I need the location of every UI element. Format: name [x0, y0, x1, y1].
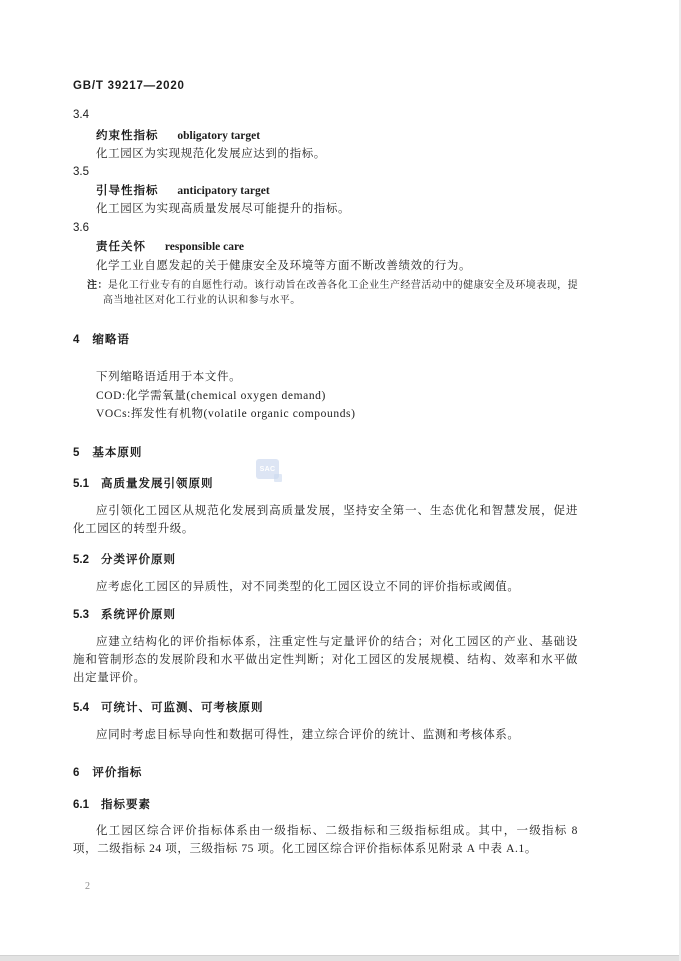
- subsection-heading-5-1: 5.1高质量发展引领原则: [73, 475, 578, 493]
- term-number-3-4: 3.4: [73, 106, 578, 124]
- section-title-5: 基本原则: [92, 447, 142, 459]
- paragraph-6-1: 化工园区综合评价指标体系由一级指标、二级指标和三级指标组成。其中，一级指标 8 …: [73, 822, 578, 858]
- subsection-number-5-3: 5.3: [73, 609, 89, 621]
- term-definition-3-4: 化工园区为实现规范化发展应达到的指标。: [73, 145, 578, 163]
- abbreviation-item-cod: COD:化学需氧量(chemical oxygen demand): [73, 387, 578, 405]
- section-heading-6: 6评价指标: [73, 764, 578, 782]
- section-heading-4: 4缩略语: [73, 331, 578, 349]
- subsection-number-5-2: 5.2: [73, 554, 89, 566]
- term-number-3-6: 3.6: [73, 219, 578, 237]
- subsection-number-5-4: 5.4: [73, 702, 89, 714]
- subsection-number-6-1: 6.1: [73, 799, 89, 811]
- subsection-heading-5-3: 5.3系统评价原则: [73, 606, 578, 624]
- term-en-3-5: anticipatory target: [177, 185, 269, 197]
- subsection-title-5-3: 系统评价原则: [101, 609, 176, 621]
- subsection-title-6-1: 指标要素: [101, 799, 151, 811]
- section-number-5: 5: [73, 447, 79, 459]
- paragraph-5-3: 应建立结构化的评价指标体系，注重定性与定量评价的结合；对化工园区的产业、基础设施…: [73, 633, 578, 687]
- term-number-3-5: 3.5: [73, 163, 578, 181]
- term-definition-3-5: 化工园区为实现高质量发展尽可能提升的指标。: [73, 200, 578, 218]
- term-zh-3-5: 引导性指标: [96, 185, 159, 197]
- paragraph-5-2: 应考虑化工园区的异质性，对不同类型的化工园区设立不同的评价指标或阈值。: [73, 578, 578, 596]
- term-zh-3-4: 约束性指标: [96, 130, 159, 142]
- term-line-3-5: 引导性指标 anticipatory target: [73, 182, 578, 200]
- subsection-number-5-1: 5.1: [73, 478, 89, 490]
- term-zh-3-6: 责任关怀: [96, 241, 146, 253]
- section-number-6: 6: [73, 767, 79, 779]
- term-en-3-6: responsible care: [165, 241, 244, 253]
- subsection-title-5-2: 分类评价原则: [101, 554, 176, 566]
- page-content: GB/T 39217—2020 3.4 约束性指标 obligatory tar…: [73, 78, 578, 858]
- subsection-heading-6-1: 6.1指标要素: [73, 796, 578, 814]
- paragraph-5-4: 应同时考虑目标导向性和数据可得性，建立综合评价的统计、监测和考核体系。: [73, 726, 578, 744]
- subsection-heading-5-2: 5.2分类评价原则: [73, 551, 578, 569]
- document-header: GB/T 39217—2020: [73, 78, 578, 94]
- abbreviation-item-vocs: VOCs:挥发性有机物(volatile organic compounds): [73, 405, 578, 423]
- subsection-title-5-1: 高质量发展引领原则: [101, 478, 214, 490]
- term-line-3-6: 责任关怀 responsible care: [73, 238, 578, 256]
- section-heading-5: 5基本原则: [73, 444, 578, 462]
- term-line-3-4: 约束性指标 obligatory target: [73, 127, 578, 145]
- term-en-3-4: obligatory target: [177, 130, 260, 142]
- note-label: 注：: [87, 280, 108, 291]
- paragraph-5-1: 应引领化工园区从规范化发展到高质量发展，坚持安全第一、生态优化和智慧发展，促进化…: [73, 502, 578, 538]
- section-title-4: 缩略语: [92, 334, 130, 346]
- document-page: GB/T 39217—2020 3.4 约束性指标 obligatory tar…: [0, 0, 681, 961]
- abbreviations-intro: 下列缩略语适用于本文件。: [73, 368, 578, 386]
- subsection-heading-5-4: 5.4可统计、可监测、可考核原则: [73, 699, 578, 717]
- note-text: 是化工行业专有的自愿性行动。该行动旨在改善各化工企业生产经营活动中的健康安全及环…: [103, 280, 578, 306]
- page-edge-shadow: [0, 955, 679, 961]
- watermark-notch: [274, 474, 282, 482]
- page-number: 2: [85, 881, 90, 892]
- term-definition-3-6: 化学工业自愿发起的关于健康安全及环境等方面不断改善绩效的行为。: [73, 257, 578, 275]
- subsection-title-5-4: 可统计、可监测、可考核原则: [101, 702, 264, 714]
- term-note-3-6: 注：是化工行业专有的自愿性行动。该行动旨在改善各化工企业生产经营活动中的健康安全…: [87, 278, 578, 308]
- section-title-6: 评价指标: [92, 767, 142, 779]
- watermark-text: SAC: [260, 466, 276, 473]
- watermark-logo: SAC: [256, 459, 279, 479]
- section-number-4: 4: [73, 334, 79, 346]
